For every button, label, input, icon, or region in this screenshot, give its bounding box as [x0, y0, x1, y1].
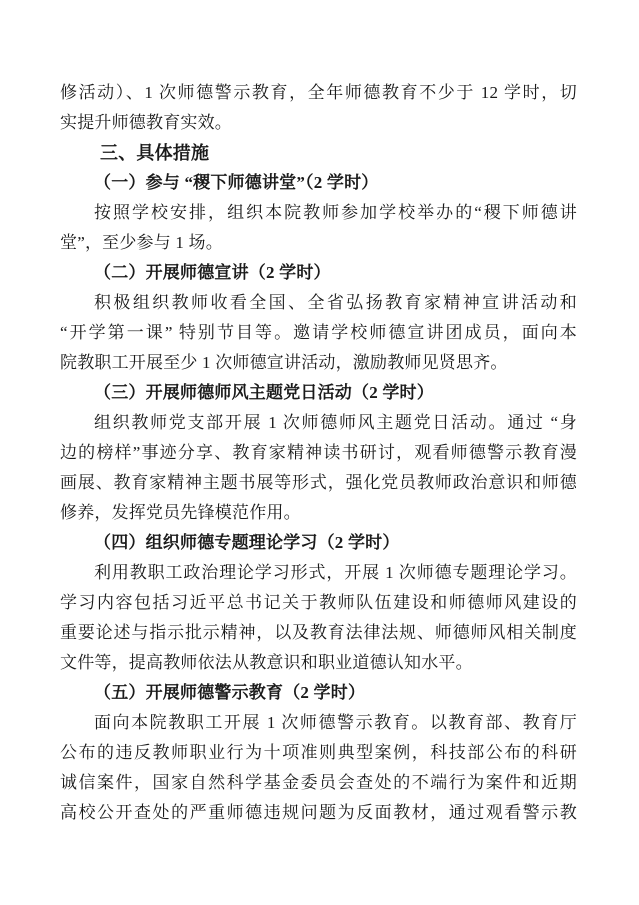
document-page: 修活动）、1 次师德警示教育，全年师德教育不少于 12 学时，切 实提升师德教育…	[0, 0, 639, 905]
body-line: 院教职工开展至少 1 次师德宣讲活动，激励教师见贤思齐。	[60, 348, 577, 378]
body-line: 诚信案件，国家自然科学基金委员会查处的不端行为案件和近期	[60, 768, 577, 798]
body-line: 修养，发挥党员先锋模范作用。	[60, 498, 577, 528]
body-line: 面向本院教职工开展 1 次师德警示教育。以教育部、教育厅	[60, 708, 577, 738]
section-heading: 三、具体措施	[60, 138, 577, 168]
body-line: 实提升师德教育实效。	[60, 108, 577, 138]
body-line: 按照学校安排，组织本院教师参加学校举办的“稷下师德讲	[60, 198, 577, 228]
body-line: 组织教师党支部开展 1 次师德师风主题党日活动。通过 “身	[60, 408, 577, 438]
body-line: 积极组织教师收看全国、全省弘扬教育家精神宣讲活动和	[60, 288, 577, 318]
subsection-heading: （一）参与 “稷下师德讲堂”（2 学时）	[60, 168, 577, 198]
body-line: 文件等，提高教师依法从教意识和职业道德认知水平。	[60, 648, 577, 678]
subsection-heading: （五）开展师德警示教育（2 学时）	[60, 678, 577, 708]
body-line: 学习内容包括习近平总书记关于教师队伍建设和师德师风建设的	[60, 588, 577, 618]
body-line: 堂”，至少参与 1 场。	[60, 228, 577, 258]
document-text-block: 修活动）、1 次师德警示教育，全年师德教育不少于 12 学时，切 实提升师德教育…	[60, 78, 577, 828]
subsection-heading: （三）开展师德师风主题党日活动（2 学时）	[60, 378, 577, 408]
body-line: “开学第一课” 特别节目等。邀请学校师德宣讲团成员，面向本	[60, 318, 577, 348]
body-line: 利用教职工政治理论学习形式，开展 1 次师德专题理论学习。	[60, 558, 577, 588]
body-line: 边的榜样”事迹分享、教育家精神读书研讨，观看师德警示教育漫	[60, 438, 577, 468]
body-line: 画展、教育家精神主题书展等形式，强化党员教师政治意识和师德	[60, 468, 577, 498]
subsection-heading: （二）开展师德宣讲（2 学时）	[60, 258, 577, 288]
body-line: 重要论述与指示批示精神，以及教育法律法规、师德师风相关制度	[60, 618, 577, 648]
subsection-heading: （四）组织师德专题理论学习（2 学时）	[60, 528, 577, 558]
body-line: 高校公开查处的严重师德违规问题为反面教材，通过观看警示教	[60, 798, 577, 828]
body-line: 公布的违反教师职业行为十项准则典型案例，科技部公布的科研	[60, 738, 577, 768]
body-line: 修活动）、1 次师德警示教育，全年师德教育不少于 12 学时，切	[60, 78, 577, 108]
